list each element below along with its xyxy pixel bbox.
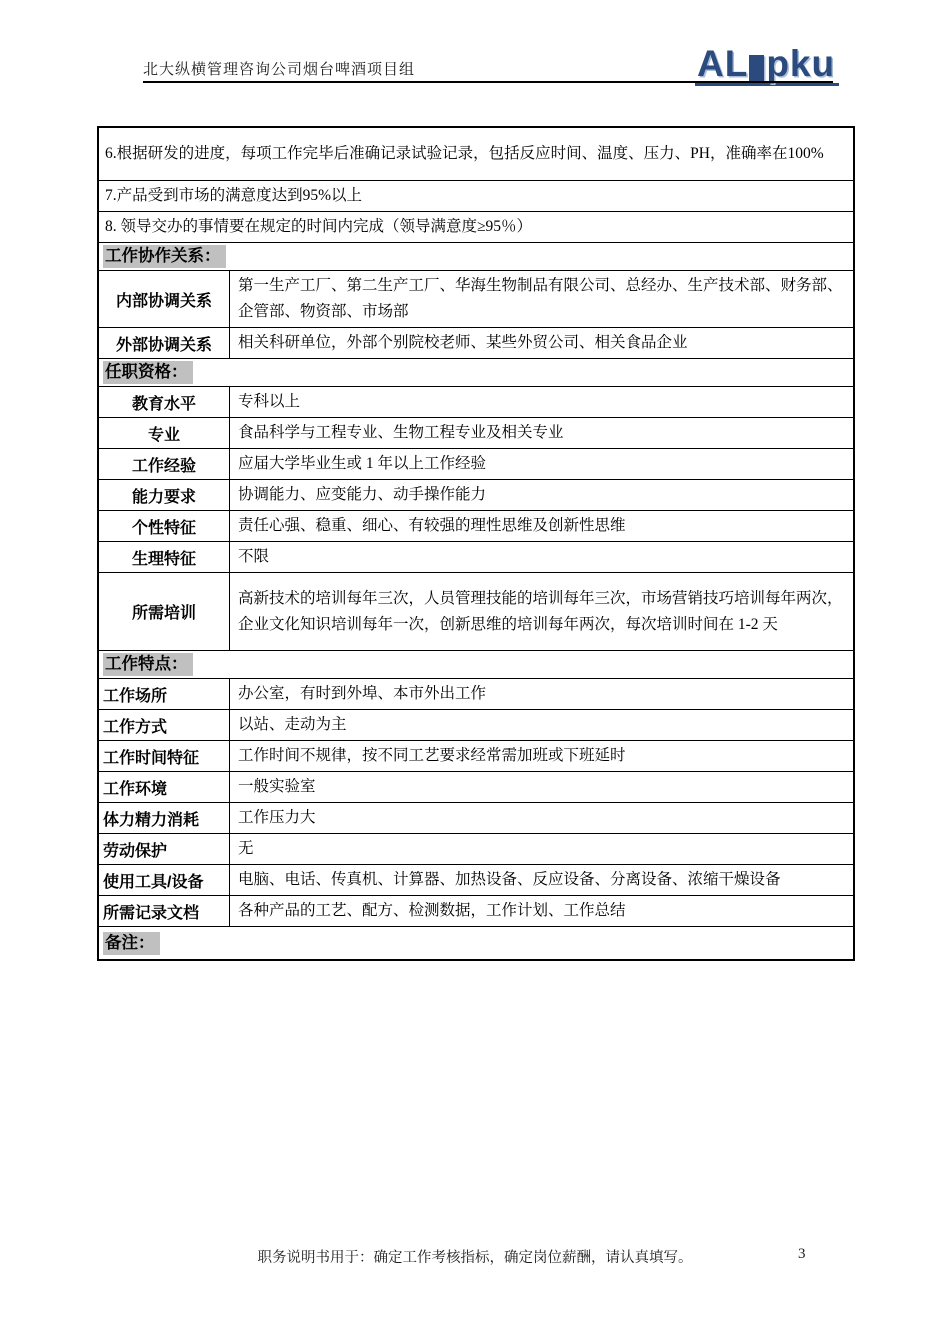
section-title: 工作特点： xyxy=(103,653,193,676)
row-record-documents: 所需记录文档 各种产品的工艺、配方、检测数据，工作计划、工作总结 xyxy=(99,895,853,926)
row-value: 食品科学与工程专业、生物工程专业及相关专业 xyxy=(230,418,853,448)
logo-block-icon xyxy=(749,55,764,81)
row-value: 第一生产工厂、第二生产工厂、华海生物制品有限公司、总经办、生产技术部、财务部、企… xyxy=(230,271,853,327)
row-section-collaboration: 工作协作关系： xyxy=(99,242,853,270)
section-cell: 工作特点： xyxy=(99,651,853,678)
row-label: 使用工具/设备 xyxy=(99,865,230,895)
row-section-characteristics: 工作特点： xyxy=(99,650,853,678)
row-label: 工作场所 xyxy=(99,679,230,709)
row-value: 各种产品的工艺、配方、检测数据，工作计划、工作总结 xyxy=(230,896,853,926)
row-value: 一般实验室 xyxy=(230,772,853,802)
row-section-remarks: 备注： xyxy=(99,926,853,959)
row-value: 以站、走动为主 xyxy=(230,710,853,740)
row-education: 教育水平 专科以上 xyxy=(99,386,853,417)
row-kpi-7: 7.产品受到市场的满意度达到95%以上 xyxy=(99,180,853,211)
row-value: 相关科研单位，外部个别院校老师、某些外贸公司、相关食品企业 xyxy=(230,328,853,358)
row-tools-equipment: 使用工具/设备 电脑、电话、传真机、计算器、加热设备、反应设备、分离设备、浓缩干… xyxy=(99,864,853,895)
row-value: 不限 xyxy=(230,542,853,572)
row-label: 专业 xyxy=(99,418,230,448)
row-workstyle: 工作方式 以站、走动为主 xyxy=(99,709,853,740)
row-value: 高新技术的培训每年三次，人员管理技能的培训每年三次，市场营销技巧培训每年两次，企… xyxy=(230,573,853,650)
row-experience: 工作经验 应届大学毕业生或 1 年以上工作经验 xyxy=(99,448,853,479)
section-cell: 备注： xyxy=(99,927,853,959)
row-ability: 能力要求 协调能力、应变能力、动手操作能力 xyxy=(99,479,853,510)
header-project-title: 北大纵横管理咨询公司烟台啤酒项目组 xyxy=(143,58,415,79)
row-worktime: 工作时间特征 工作时间不规律，按不同工艺要求经常需加班或下班延时 xyxy=(99,740,853,771)
row-value: 电脑、电话、传真机、计算器、加热设备、反应设备、分离设备、浓缩干燥设备 xyxy=(230,865,853,895)
row-value: 工作时间不规律，按不同工艺要求经常需加班或下班延时 xyxy=(230,741,853,771)
section-cell: 工作协作关系： xyxy=(99,243,853,270)
row-label: 能力要求 xyxy=(99,480,230,510)
job-description-table: 6.根据研发的进度，每项工作完毕后准确记录试验记录，包括反应时间、温度、压力、P… xyxy=(97,126,855,961)
row-value: 应届大学毕业生或 1 年以上工作经验 xyxy=(230,449,853,479)
section-title: 备注： xyxy=(103,932,160,955)
logo-letters-right: pku xyxy=(766,45,835,82)
row-label: 工作方式 xyxy=(99,710,230,740)
row-label: 内部协调关系 xyxy=(99,271,230,327)
row-physiology: 生理特征 不限 xyxy=(99,541,853,572)
row-kpi-6: 6.根据研发的进度，每项工作完毕后准确记录试验记录，包括反应时间、温度、压力、P… xyxy=(99,128,853,180)
row-value: 协调能力、应变能力、动手操作能力 xyxy=(230,480,853,510)
row-label: 生理特征 xyxy=(99,542,230,572)
section-title: 任职资格： xyxy=(103,361,193,384)
row-personality: 个性特征 责任心强、稳重、细心、有较强的理性思维及创新性思维 xyxy=(99,510,853,541)
kpi-item-text: 8. 领导交办的事情要在规定的时间内完成（领导满意度≥95％） xyxy=(99,212,853,242)
row-kpi-8: 8. 领导交办的事情要在规定的时间内完成（领导满意度≥95％） xyxy=(99,211,853,242)
row-value: 办公室，有时到外埠、本市外出工作 xyxy=(230,679,853,709)
row-value: 工作压力大 xyxy=(230,803,853,833)
row-label: 外部协调关系 xyxy=(99,328,230,358)
kpi-item-text: 6.根据研发的进度，每项工作完毕后准确记录试验记录，包括反应时间、温度、压力、P… xyxy=(99,128,853,180)
row-label: 工作环境 xyxy=(99,772,230,802)
section-cell: 任职资格： xyxy=(99,359,853,386)
kpi-item-text: 7.产品受到市场的满意度达到95%以上 xyxy=(99,181,853,211)
row-label: 所需记录文档 xyxy=(99,896,230,926)
logo-letters-left: AL xyxy=(697,45,748,82)
document-page: 北大纵横管理咨询公司烟台啤酒项目组 ALpku 6.根据研发的进度，每项工作完毕… xyxy=(0,0,950,1344)
row-labor-protection: 劳动保护 无 xyxy=(99,833,853,864)
row-label: 所需培训 xyxy=(99,573,230,650)
row-value: 无 xyxy=(230,834,853,864)
row-major: 专业 食品科学与工程专业、生物工程专业及相关专业 xyxy=(99,417,853,448)
page-number: 3 xyxy=(798,1246,806,1263)
row-environment: 工作环境 一般实验室 xyxy=(99,771,853,802)
header-rule xyxy=(143,81,833,83)
row-value: 责任心强、稳重、细心、有较强的理性思维及创新性思维 xyxy=(230,511,853,541)
row-energy-consumption: 体力精力消耗 工作压力大 xyxy=(99,802,853,833)
row-label: 工作时间特征 xyxy=(99,741,230,771)
row-external-coordination: 外部协调关系 相关科研单位，外部个别院校老师、某些外贸公司、相关食品企业 xyxy=(99,327,853,358)
row-label: 教育水平 xyxy=(99,387,230,417)
row-training: 所需培训 高新技术的培训每年三次，人员管理技能的培训每年三次，市场营销技巧培训每… xyxy=(99,572,853,650)
row-internal-coordination: 内部协调关系 第一生产工厂、第二生产工厂、华海生物制品有限公司、总经办、生产技术… xyxy=(99,270,853,327)
allpku-logo: ALpku xyxy=(695,44,839,86)
row-label: 劳动保护 xyxy=(99,834,230,864)
row-value: 专科以上 xyxy=(230,387,853,417)
row-section-qualifications: 任职资格： xyxy=(99,358,853,386)
section-title: 工作协作关系： xyxy=(103,245,226,268)
row-label: 个性特征 xyxy=(99,511,230,541)
row-workplace: 工作场所 办公室，有时到外埠、本市外出工作 xyxy=(99,678,853,709)
row-label: 体力精力消耗 xyxy=(99,803,230,833)
row-label: 工作经验 xyxy=(99,449,230,479)
footer-note: 职务说明书用于：确定工作考核指标，确定岗位薪酬，请认真填写。 xyxy=(0,1246,950,1267)
